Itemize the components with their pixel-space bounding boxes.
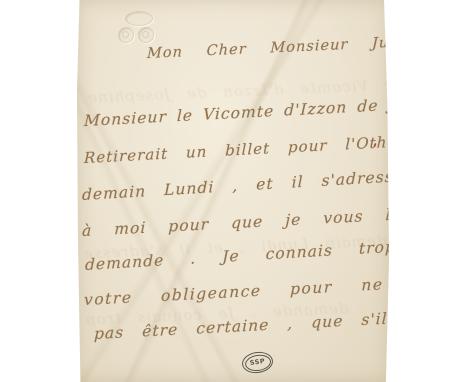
seal-ring-right-icon bbox=[138, 27, 154, 43]
seal-crown-icon bbox=[125, 11, 153, 26]
seal-ring-left-icon bbox=[118, 27, 134, 43]
letter-scan: Monsieur le Vicomte d'Izzon de Joséphine… bbox=[0, 0, 468, 382]
letter-paper: Monsieur le Vicomte d'Izzon de Joséphine… bbox=[77, 0, 389, 382]
letter-line: demain Lundi , et il s'adresse bbox=[82, 167, 389, 204]
letter-line-salutation: Mon Cher Monsieur Jullien bbox=[147, 33, 389, 62]
embossed-crest-seal-icon bbox=[107, 8, 169, 50]
collector-stamp: SSP bbox=[241, 350, 275, 375]
letter-line: Retirerait un billet pour l'Othénie bbox=[84, 131, 389, 167]
